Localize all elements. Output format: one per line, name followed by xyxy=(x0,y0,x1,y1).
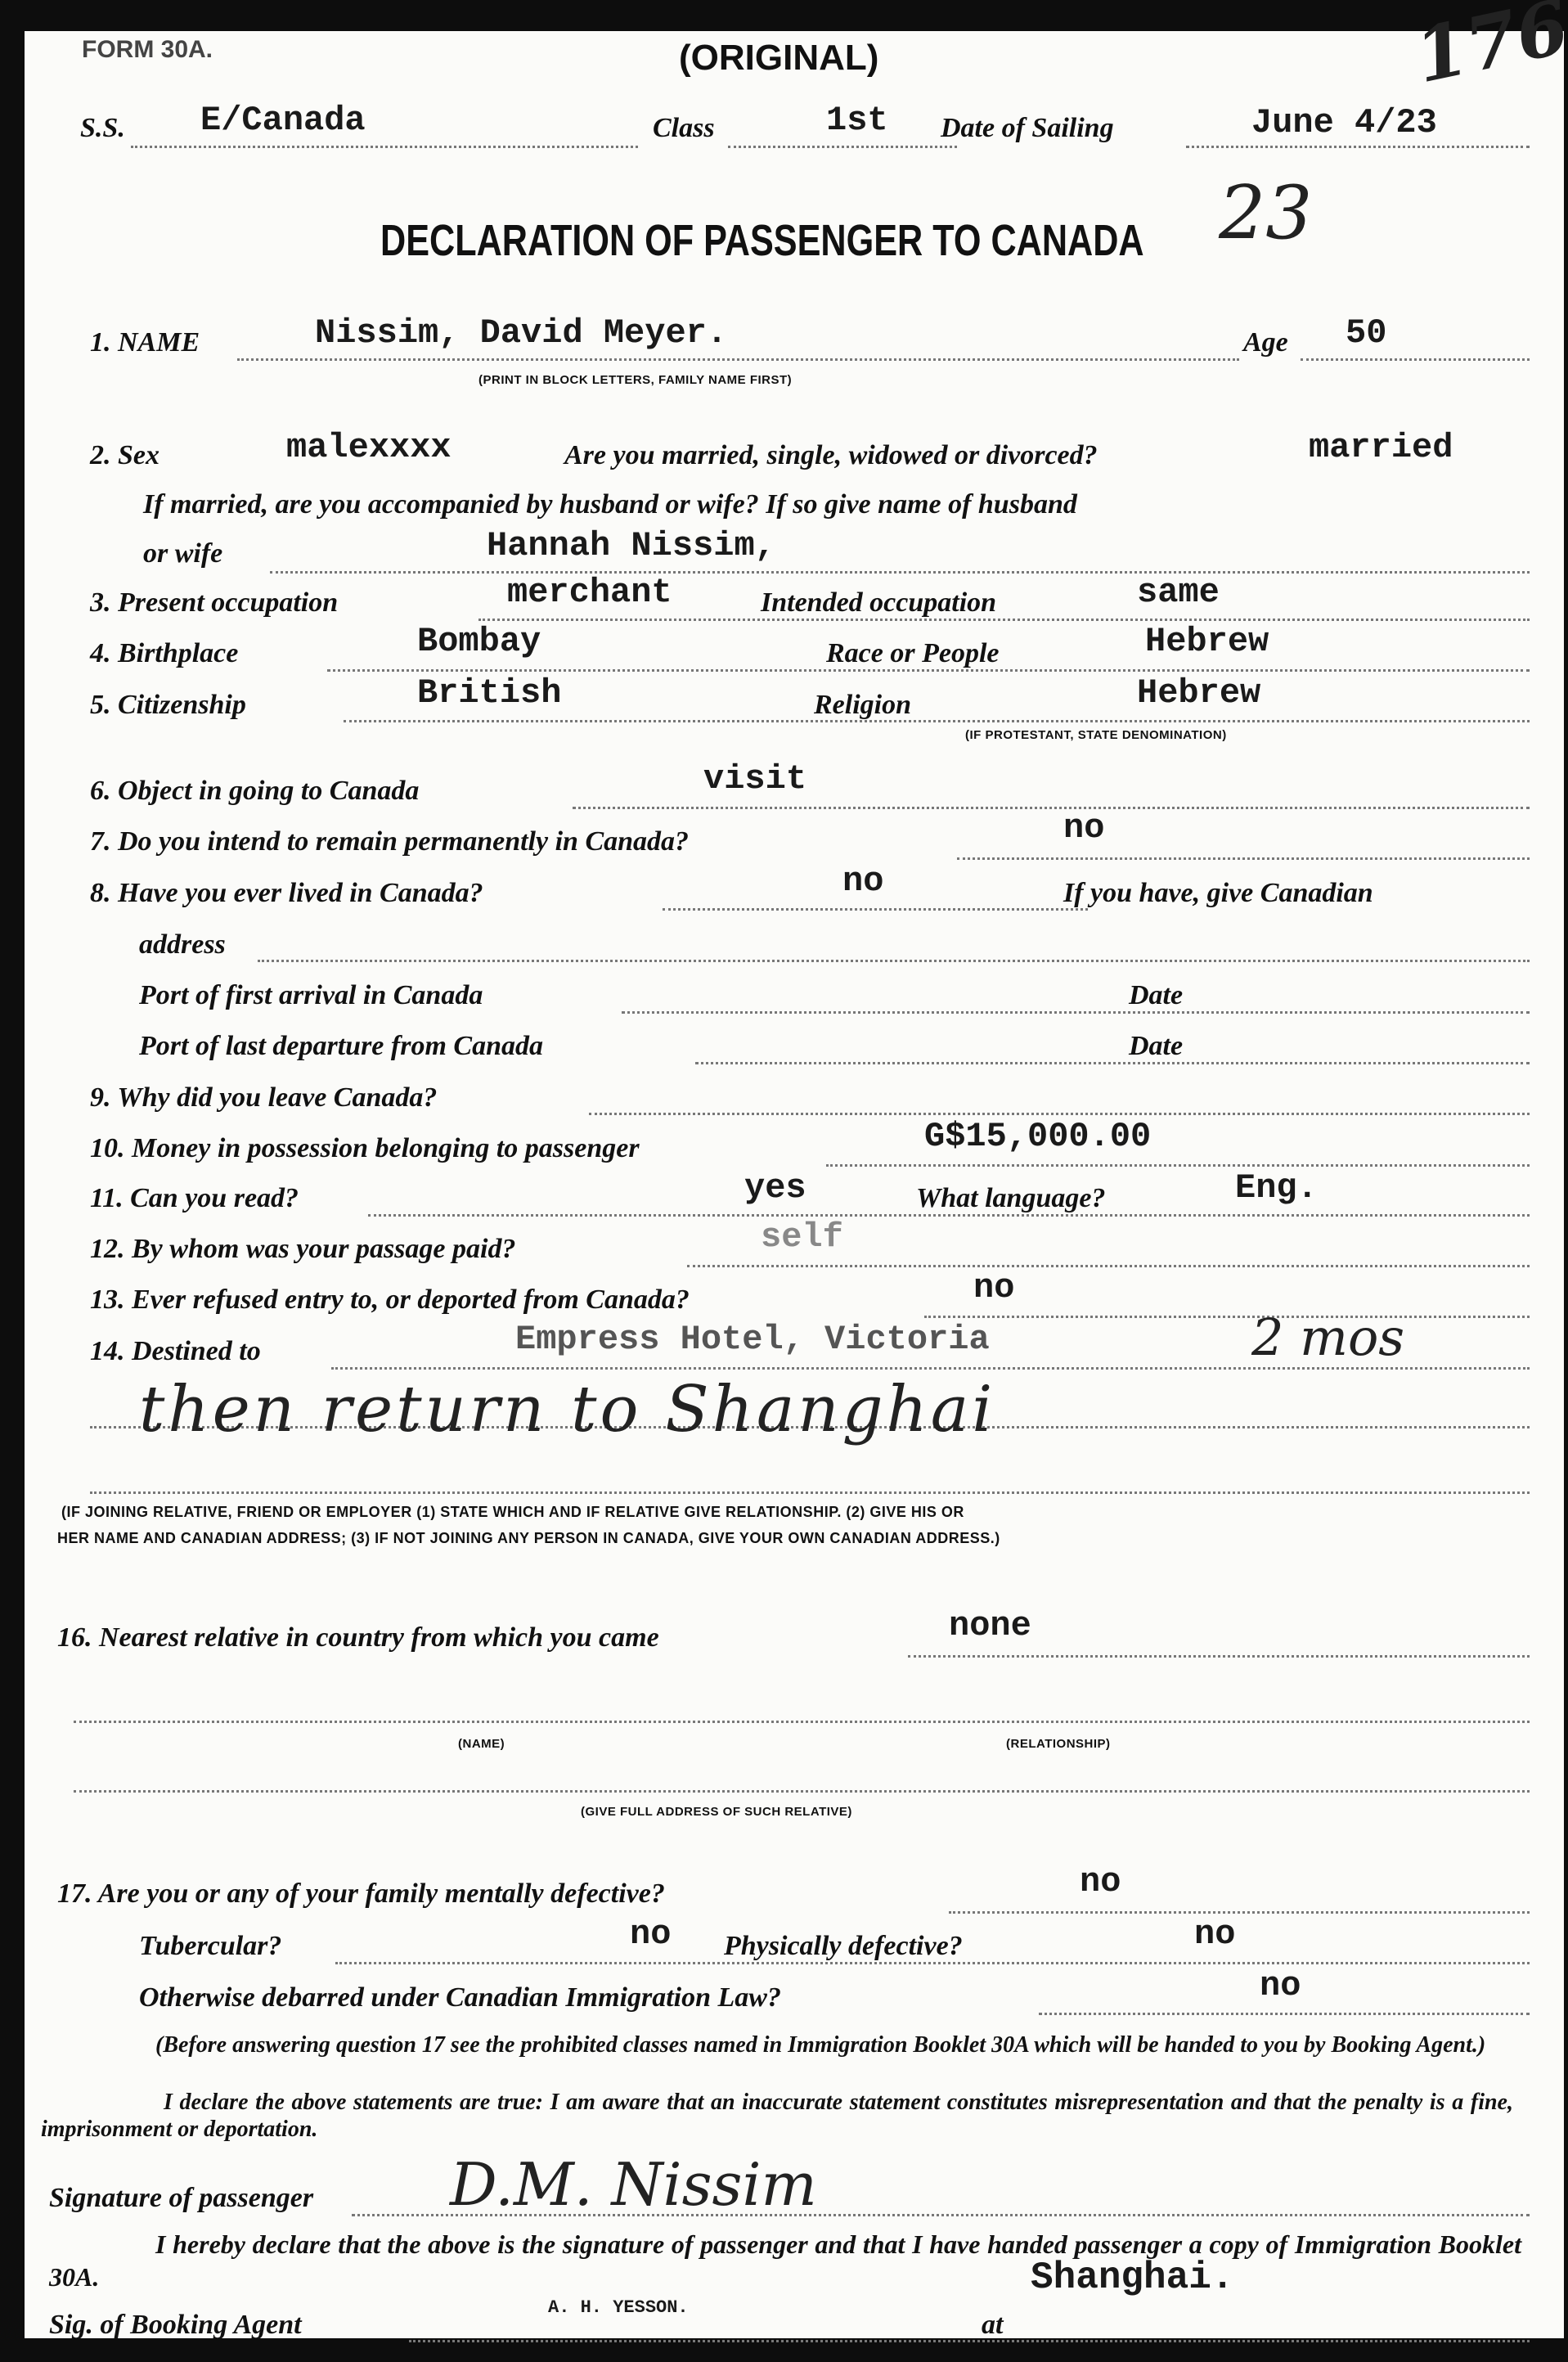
last-departure-date-label: Date xyxy=(1129,1031,1183,1062)
money-line xyxy=(826,1164,1530,1167)
sex-label: 2. Sex xyxy=(90,440,159,471)
birthplace-line xyxy=(327,669,1530,672)
birthplace-label: 4. Birthplace xyxy=(90,638,238,669)
occupation-value: merchant xyxy=(507,573,672,612)
first-arrival-line xyxy=(622,1011,1530,1014)
lived-line xyxy=(663,908,1088,911)
occupation-line xyxy=(478,619,1530,621)
passenger-signature-label: Signature of passenger xyxy=(49,2183,313,2214)
relative-address-hint: (GIVE FULL ADDRESS OF SUCH RELATIVE) xyxy=(581,1805,852,1819)
number-annotation: 23 xyxy=(1219,170,1313,256)
relative-name-line xyxy=(74,1721,1530,1723)
language-label: What language? xyxy=(916,1183,1105,1214)
name-value: Nissim, David Meyer. xyxy=(315,313,727,353)
why-left-label: 9. Why did you leave Canada? xyxy=(90,1082,437,1114)
spouse-line xyxy=(270,571,1530,574)
age-value: 50 xyxy=(1346,313,1386,353)
read-value: yes xyxy=(744,1168,806,1208)
booking-agent-label: Sig. of Booking Agent xyxy=(49,2310,302,2341)
date-line xyxy=(1186,146,1530,148)
debarred-label: Otherwise debarred under Canadian Immigr… xyxy=(139,1982,781,2013)
religion-label: Religion xyxy=(814,690,911,721)
destined-label: 14. Destined to xyxy=(90,1336,261,1367)
debarred-line xyxy=(1039,2013,1530,2015)
first-arrival-label: Port of first arrival in Canada xyxy=(139,980,483,1011)
destined-line xyxy=(331,1367,1530,1370)
remain-label: 7. Do you intend to remain permanently i… xyxy=(90,826,689,857)
citizenship-line xyxy=(344,720,1530,722)
citizenship-value: British xyxy=(417,673,561,713)
form-number: FORM 30A. xyxy=(82,36,213,64)
spouse-label: or wife xyxy=(143,538,222,569)
agent-location: Shanghai. xyxy=(1031,2256,1233,2299)
class-line xyxy=(728,146,957,148)
agent-name: A. H. YESSON. xyxy=(548,2297,689,2318)
language-value: Eng. xyxy=(1235,1168,1318,1208)
remain-line xyxy=(957,857,1530,860)
refused-label: 13. Ever refused entry to, or deported f… xyxy=(90,1284,690,1316)
race-value: Hebrew xyxy=(1145,622,1269,661)
citizenship-label: 5. Citizenship xyxy=(90,690,246,721)
declaration-form: FORM 30A. (ORIGINAL) 176 S.S. E/Canada C… xyxy=(25,31,1564,2338)
age-line xyxy=(1301,358,1530,361)
address-line xyxy=(258,960,1530,962)
mental-value: no xyxy=(1080,1862,1121,1901)
mental-line xyxy=(949,1911,1530,1914)
ship-line xyxy=(131,146,638,148)
before-answering-note: (Before answering question 17 see the pr… xyxy=(41,2031,1513,2058)
date-value: June 4/23 xyxy=(1251,103,1437,142)
last-departure-line xyxy=(695,1062,1530,1064)
tubercular-label: Tubercular? xyxy=(139,1931,281,1962)
destined-line-3 xyxy=(90,1491,1530,1494)
refused-line xyxy=(924,1316,1530,1318)
birthplace-value: Bombay xyxy=(417,622,541,661)
mental-label: 17. Are you or any of your family mental… xyxy=(57,1878,665,1910)
religion-value: Hebrew xyxy=(1137,673,1260,713)
booking-agent-line xyxy=(409,2340,1530,2342)
marital-label: Are you married, single, widowed or divo… xyxy=(564,440,1098,471)
passage-line xyxy=(687,1265,1530,1267)
age-label: Age xyxy=(1243,327,1288,358)
class-label: Class xyxy=(653,113,715,144)
remain-value: no xyxy=(1063,808,1104,848)
destined-hand-value: 2 mos xyxy=(1251,1307,1404,1367)
date-label: Date of Sailing xyxy=(941,113,1114,144)
physical-value: no xyxy=(1194,1914,1235,1954)
destined-hand-line-2: then return to Shanghai xyxy=(139,1373,995,1446)
religion-hint: (IF PROTESTANT, STATE DENOMINATION) xyxy=(965,728,1227,742)
ship-label: S.S. xyxy=(80,113,125,144)
relative-name-hint: (NAME) xyxy=(458,1737,505,1751)
destined-hint-2: HER NAME AND CANADIAN ADDRESS; (3) IF NO… xyxy=(57,1530,1000,1547)
ship-value: E/Canada xyxy=(200,101,366,140)
agent-declaration: I hereby declare that the above is the s… xyxy=(49,2228,1521,2293)
read-label: 11. Can you read? xyxy=(90,1183,299,1214)
class-value: 1st xyxy=(826,101,888,140)
relative-address-line xyxy=(74,1790,1530,1793)
name-label: 1. NAME xyxy=(90,327,200,358)
canadian-address-label: If you have, give Canadian xyxy=(1063,878,1373,909)
name-hint: (PRINT IN BLOCK LETTERS, FAMILY NAME FIR… xyxy=(478,373,792,387)
last-departure-label: Port of last departure from Canada xyxy=(139,1031,543,1062)
corner-annotation: 176 xyxy=(1408,0,1568,100)
intended-occupation-label: Intended occupation xyxy=(761,587,996,619)
tubercular-line xyxy=(335,1962,1530,1964)
why-left-line xyxy=(589,1113,1530,1115)
passage-label: 12. By whom was your passage paid? xyxy=(90,1234,515,1265)
read-line xyxy=(368,1214,1530,1217)
declaration-statement: I declare the above statements are true:… xyxy=(41,2089,1513,2143)
refused-value: no xyxy=(973,1268,1014,1307)
passenger-signature: D.M. Nissim xyxy=(450,2150,817,2219)
spouse-question: If married, are you accompanied by husba… xyxy=(143,489,1077,520)
page-title: DECLARATION OF PASSENGER TO CANADA xyxy=(380,215,1144,266)
destined-value: Empress Hotel, Victoria xyxy=(515,1320,990,1359)
passage-value: self xyxy=(761,1217,843,1257)
relative-relationship-hint: (RELATIONSHIP) xyxy=(1006,1737,1111,1751)
at-label: at xyxy=(982,2310,1003,2341)
race-label: Race or People xyxy=(826,638,1000,669)
relative-line xyxy=(908,1655,1530,1658)
tubercular-value: no xyxy=(630,1914,671,1954)
money-label: 10. Money in possession belonging to pas… xyxy=(90,1133,640,1164)
name-line xyxy=(237,358,1239,361)
object-line xyxy=(573,807,1530,809)
intended-occupation-value: same xyxy=(1137,573,1220,612)
occupation-label: 3. Present occupation xyxy=(90,587,338,619)
marital-value: married xyxy=(1309,428,1453,467)
copy-type: (ORIGINAL) xyxy=(679,38,878,79)
object-value: visit xyxy=(703,759,806,799)
lived-value: no xyxy=(842,862,883,901)
address-label: address xyxy=(139,929,226,961)
relative-label: 16. Nearest relative in country from whi… xyxy=(57,1622,659,1653)
object-label: 6. Object in going to Canada xyxy=(90,776,419,807)
relative-value: none xyxy=(949,1606,1031,1645)
destined-hint-1: (IF JOINING RELATIVE, FRIEND OR EMPLOYER… xyxy=(61,1504,964,1521)
physical-label: Physically defective? xyxy=(724,1931,963,1962)
debarred-value: no xyxy=(1260,1966,1301,2005)
first-arrival-date-label: Date xyxy=(1129,980,1183,1011)
sex-value: malexxxx xyxy=(286,428,452,467)
spouse-value: Hannah Nissim, xyxy=(487,526,775,565)
lived-label: 8. Have you ever lived in Canada? xyxy=(90,878,483,909)
money-value: G$15,000.00 xyxy=(924,1117,1151,1156)
